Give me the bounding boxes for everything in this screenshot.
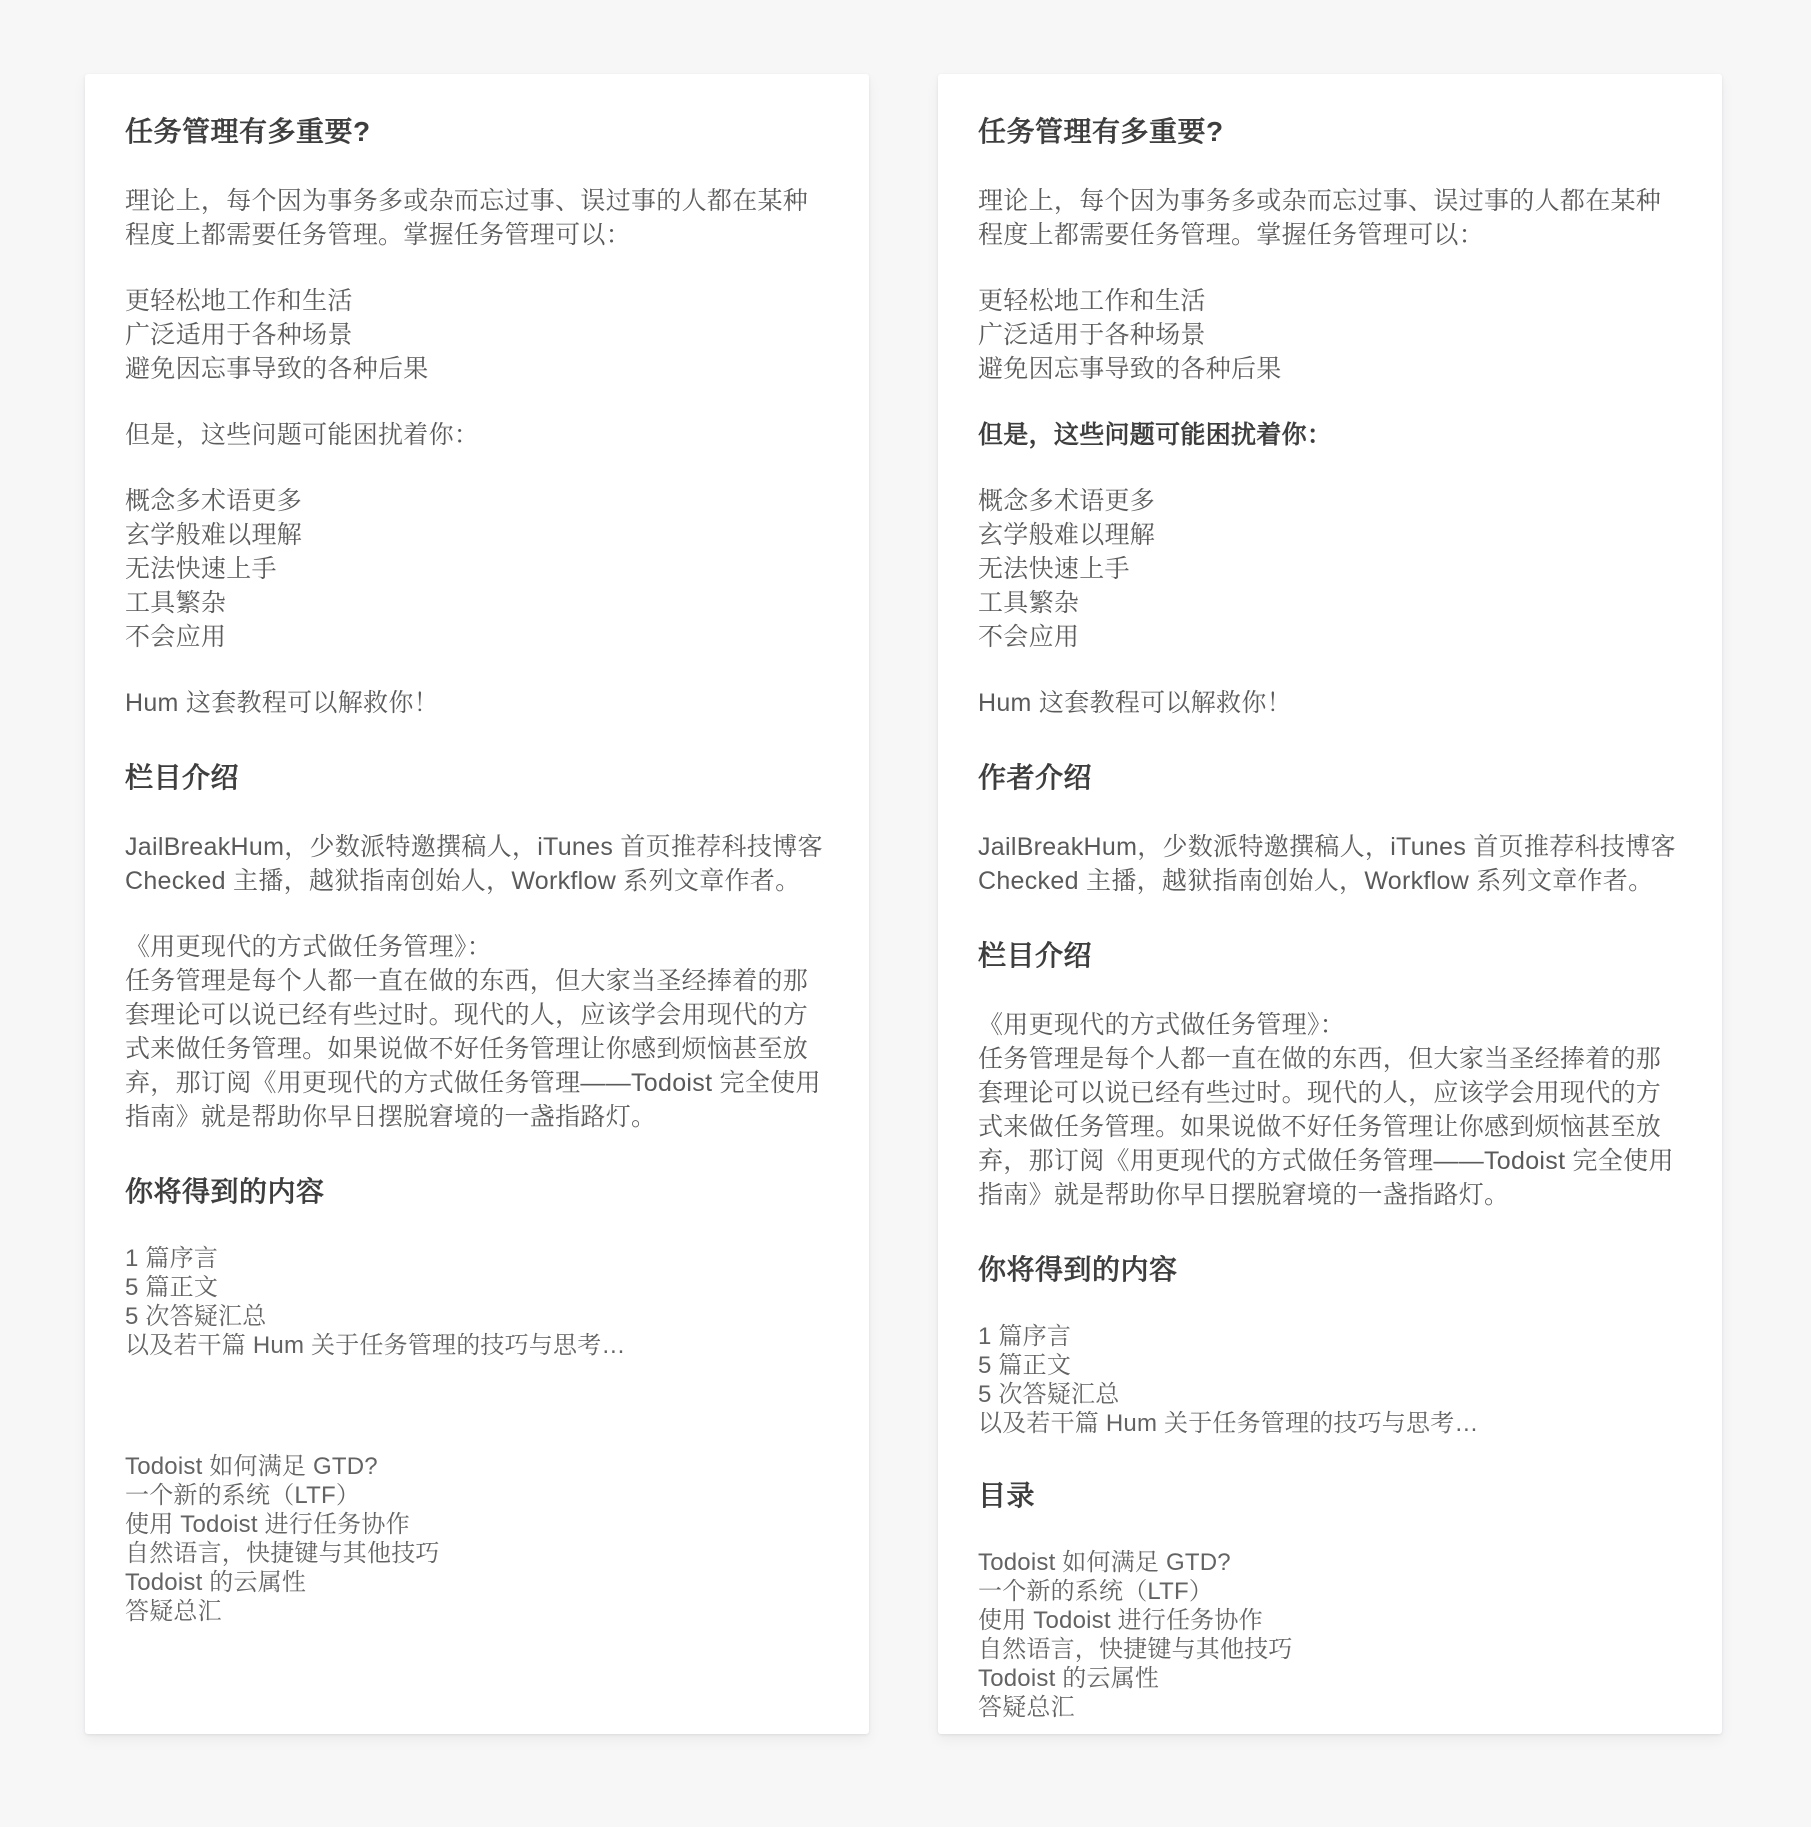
list-item: 无法快速上手 — [125, 552, 829, 586]
paragraph-line: JailBreakHum，少数派特邀撰稿人，iTunes 首页推荐科技博客 Ch… — [125, 833, 823, 895]
list-item: 工具繁杂 — [125, 586, 829, 620]
list-item: 1 篇序言 — [978, 1322, 1682, 1351]
paragraph: 理论上，每个因为事务多或杂而忘过事、误过事的人都在某种程度上都需要任务管理。掌握… — [978, 184, 1682, 252]
paragraph-line: 但是，这些问题可能困扰着你： — [978, 421, 1332, 449]
section-heading: 作者介绍 — [978, 760, 1682, 796]
paragraph: JailBreakHum，少数派特邀撰稿人，iTunes 首页推荐科技博客 Ch… — [978, 830, 1682, 898]
feature-list: 概念多术语更多玄学般难以理解无法快速上手工具繁杂不会应用 — [978, 484, 1682, 654]
section-heading: 栏目介绍 — [978, 938, 1682, 974]
list-item: 使用 Todoist 进行任务协作 — [125, 1510, 829, 1539]
paragraph: 《用更现代的方式做任务管理》：任务管理是每个人都一直在做的东西，但大家当圣经捧着… — [978, 1008, 1682, 1212]
list-item: 玄学般难以理解 — [125, 518, 829, 552]
section-heading: 栏目介绍 — [125, 760, 829, 796]
list-item: 更轻松地工作和生活 — [978, 284, 1682, 318]
paragraph: 但是，这些问题可能困扰着你： — [125, 418, 829, 452]
list-item: 以及若干篇 Hum 关于任务管理的技巧与思考… — [125, 1331, 829, 1360]
paragraph: 《用更现代的方式做任务管理》：任务管理是每个人都一直在做的东西，但大家当圣经捧着… — [125, 930, 829, 1134]
list-item: 一个新的系统（LTF） — [978, 1577, 1682, 1606]
list-item: 避免因忘事导致的各种后果 — [125, 352, 829, 386]
list-item: 5 次答疑汇总 — [978, 1380, 1682, 1409]
paragraph-line: 《用更现代的方式做任务管理》： — [125, 933, 492, 961]
paragraph-line: 但是，这些问题可能困扰着你： — [125, 421, 479, 449]
paragraph-line: Hum 这套教程可以解救你！ — [978, 689, 1292, 717]
list-item: 答疑总汇 — [978, 1693, 1682, 1722]
bold-paragraph: 但是，这些问题可能困扰着你： — [978, 418, 1682, 452]
list-item: 广泛适用于各种场景 — [125, 318, 829, 352]
feature-list: 更轻松地工作和生活广泛适用于各种场景避免因忘事导致的各种后果 — [978, 284, 1682, 386]
section-heading: 任务管理有多重要? — [125, 114, 829, 150]
list-item: 一个新的系统（LTF） — [125, 1481, 829, 1510]
section-heading: 任务管理有多重要? — [978, 114, 1682, 150]
list-item: 自然语言，快捷键与其他技巧 — [125, 1539, 829, 1568]
list-item: 不会应用 — [125, 620, 829, 654]
paragraph-line: Hum 这套教程可以解救你！ — [125, 689, 439, 717]
toc-list: 1 篇序言5 篇正文5 次答疑汇总以及若干篇 Hum 关于任务管理的技巧与思考… — [978, 1322, 1682, 1438]
list-item: 工具繁杂 — [978, 586, 1682, 620]
list-item: Todoist 如何满足 GTD? — [125, 1452, 829, 1481]
list-item: 5 篇正文 — [125, 1273, 829, 1302]
paragraph: Hum 这套教程可以解救你！ — [125, 686, 829, 720]
feature-list: 更轻松地工作和生活广泛适用于各种场景避免因忘事导致的各种后果 — [125, 284, 829, 386]
paragraph-line: 《用更现代的方式做任务管理》： — [978, 1011, 1345, 1039]
list-item: 答疑总汇 — [125, 1597, 829, 1626]
list-item: 概念多术语更多 — [978, 484, 1682, 518]
paragraph-line: 理论上，每个因为事务多或杂而忘过事、误过事的人都在某种程度上都需要任务管理。掌握… — [978, 187, 1661, 249]
toc-list: 1 篇序言5 篇正文5 次答疑汇总以及若干篇 Hum 关于任务管理的技巧与思考… — [125, 1244, 829, 1360]
list-item: 1 篇序言 — [125, 1244, 829, 1273]
list-item: 更轻松地工作和生活 — [125, 284, 829, 318]
paragraph-line: 理论上，每个因为事务多或杂而忘过事、误过事的人都在某种程度上都需要任务管理。掌握… — [125, 187, 808, 249]
paragraph-line: JailBreakHum，少数派特邀撰稿人，iTunes 首页推荐科技博客 Ch… — [978, 833, 1676, 895]
list-item: Todoist 如何满足 GTD? — [978, 1548, 1682, 1577]
feature-list: 概念多术语更多玄学般难以理解无法快速上手工具繁杂不会应用 — [125, 484, 829, 654]
section-heading: 你将得到的内容 — [125, 1174, 829, 1210]
list-item: 玄学般难以理解 — [978, 518, 1682, 552]
list-item: 5 篇正文 — [978, 1351, 1682, 1380]
list-item: 不会应用 — [978, 620, 1682, 654]
left-panel: 任务管理有多重要?理论上，每个因为事务多或杂而忘过事、误过事的人都在某种程度上都… — [85, 74, 869, 1734]
paragraph: Hum 这套教程可以解救你！ — [978, 686, 1682, 720]
paragraph-line: 任务管理是每个人都一直在做的东西，但大家当圣经捧着的那套理论可以说已经有些过时。… — [125, 967, 821, 1131]
paragraph-line: 任务管理是每个人都一直在做的东西，但大家当圣经捧着的那套理论可以说已经有些过时。… — [978, 1045, 1674, 1209]
list-item: 使用 Todoist 进行任务协作 — [978, 1606, 1682, 1635]
list-item: 避免因忘事导致的各种后果 — [978, 352, 1682, 386]
list-item: 自然语言，快捷键与其他技巧 — [978, 1635, 1682, 1664]
list-item: 无法快速上手 — [978, 552, 1682, 586]
paragraph: 理论上，每个因为事务多或杂而忘过事、误过事的人都在某种程度上都需要任务管理。掌握… — [125, 184, 829, 252]
list-item: 广泛适用于各种场景 — [978, 318, 1682, 352]
list-item: Todoist 的云属性 — [978, 1664, 1682, 1693]
toc-list: Todoist 如何满足 GTD?一个新的系统（LTF）使用 Todoist 进… — [978, 1548, 1682, 1722]
paragraph: JailBreakHum，少数派特邀撰稿人，iTunes 首页推荐科技博客 Ch… — [125, 830, 829, 898]
section-heading: 目录 — [978, 1478, 1682, 1514]
toc-list: Todoist 如何满足 GTD?一个新的系统（LTF）使用 Todoist 进… — [125, 1452, 829, 1626]
list-item: 概念多术语更多 — [125, 484, 829, 518]
section-heading: 你将得到的内容 — [978, 1252, 1682, 1288]
list-item: 以及若干篇 Hum 关于任务管理的技巧与思考… — [978, 1409, 1682, 1438]
right-panel: 任务管理有多重要?理论上，每个因为事务多或杂而忘过事、误过事的人都在某种程度上都… — [938, 74, 1722, 1734]
list-item: 5 次答疑汇总 — [125, 1302, 829, 1331]
list-item: Todoist 的云属性 — [125, 1568, 829, 1597]
